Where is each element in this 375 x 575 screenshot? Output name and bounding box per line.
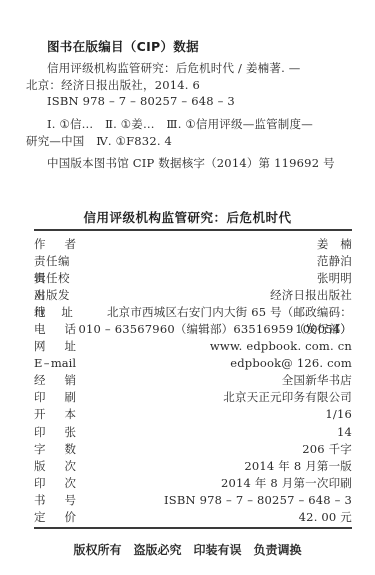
info-label-part: 价 xyxy=(65,509,77,526)
info-label-part: 址 xyxy=(65,338,77,355)
info-label-part: 印 xyxy=(34,424,46,441)
cip-line-4: Ⅰ. ①信… Ⅱ. ①姜… Ⅲ. ①信用评级—监管制度— xyxy=(47,116,313,132)
info-label-part: 经 xyxy=(34,372,46,389)
info-row: 字数206 千字 xyxy=(34,441,352,458)
info-row: 出版发行经济日报出版社 xyxy=(34,287,352,304)
info-value: ISBN 978 – 7 – 80257 – 648 – 3 xyxy=(164,492,352,509)
info-label-part: 数 xyxy=(65,441,77,458)
cip-line-1: 信用评级机构监管研究：后危机时代 / 姜楠著. — xyxy=(47,60,301,76)
info-row: 责任编辑范静泊 xyxy=(34,253,352,270)
info-label: 责任校对 xyxy=(34,270,76,287)
info-label: 出版发行 xyxy=(34,287,76,304)
footer-item: 版权所有 xyxy=(73,543,121,557)
info-row: 网址www. edpbook. com. cn xyxy=(34,338,352,355)
info-label-part: 电 xyxy=(34,321,46,338)
info-label-part: 号 xyxy=(65,492,77,509)
info-label: 经销 xyxy=(34,372,76,389)
info-row: 责任校对张明明 xyxy=(34,270,352,287)
info-value: 2014 年 8 月第一版 xyxy=(244,458,352,475)
info-value: 张明明 xyxy=(317,270,352,287)
copyright-info-table: 作者姜 楠责任编辑范静泊责任校对张明明出版发行经济日报出版社地址北京市西城区右安… xyxy=(34,236,352,526)
info-row: 电话010 – 63567960（编辑部）63516959（发行部） xyxy=(34,321,352,338)
info-label: 印张 xyxy=(34,424,76,441)
info-label-part: 本 xyxy=(65,406,77,423)
info-value: www. edpbook. com. cn xyxy=(210,338,352,355)
info-label-part: – xyxy=(44,355,50,372)
info-row: E–mailedpbook@ 126. com xyxy=(34,355,352,372)
info-label-part: 址 xyxy=(61,304,73,321)
cip-line-5: 研究—中国 Ⅳ. ①F832. 4 xyxy=(26,133,172,149)
info-label-part: 网 xyxy=(34,338,46,355)
info-label-part: 责任校对 xyxy=(34,270,76,287)
info-label-part: mail xyxy=(51,355,76,372)
info-value: 206 千字 xyxy=(302,441,352,458)
info-label: 网址 xyxy=(34,338,76,355)
info-label-part: 开 xyxy=(34,406,46,423)
info-value: edpbook@ 126. com xyxy=(230,355,352,372)
info-value: 北京市西城区右安门内大街 65 号（邮政编码：100054） xyxy=(73,304,352,321)
info-label: 印刷 xyxy=(34,389,76,406)
info-label-part: 张 xyxy=(65,424,77,441)
info-row: 印张14 xyxy=(34,424,352,441)
info-label: 定价 xyxy=(34,509,76,526)
cip-line-2: 北京：经济日报出版社，2014. 6 xyxy=(26,77,200,93)
info-label-part: 者 xyxy=(65,236,77,253)
info-label: 电话 xyxy=(34,321,76,338)
footer-item: 负责调换 xyxy=(254,543,302,557)
info-value: 北京天正元印务有限公司 xyxy=(223,389,352,406)
info-value: 42. 00 元 xyxy=(299,509,352,526)
footer-item: 盗版必究 xyxy=(133,543,181,557)
info-label-part: 责任编辑 xyxy=(34,253,76,270)
info-label-part: 印 xyxy=(34,389,46,406)
info-label-part: 印 xyxy=(34,475,46,492)
info-row: 经销全国新华书店 xyxy=(34,372,352,389)
top-rule xyxy=(34,229,352,231)
info-label-part: 版 xyxy=(34,458,46,475)
info-value: 1/16 xyxy=(325,406,352,423)
info-value: 范静泊 xyxy=(317,253,352,270)
info-row: 印次2014 年 8 月第一次印刷 xyxy=(34,475,352,492)
info-label-part: 话 xyxy=(65,321,77,338)
info-label-part: 销 xyxy=(65,372,77,389)
info-label-part: 定 xyxy=(34,509,46,526)
bottom-rule xyxy=(34,527,352,529)
info-label: 开本 xyxy=(34,406,76,423)
info-label-part: 地 xyxy=(34,304,46,321)
cip-line-6: 中国版本图书馆 CIP 数据核字（2014）第 119692 号 xyxy=(47,155,335,171)
info-label: 印次 xyxy=(34,475,76,492)
info-row: 定价42. 00 元 xyxy=(34,509,352,526)
info-value: 010 – 63567960（编辑部）63516959（发行部） xyxy=(79,321,352,338)
info-label: E–mail xyxy=(34,355,76,372)
info-label-part: 次 xyxy=(65,475,77,492)
info-row: 作者姜 楠 xyxy=(34,236,352,253)
info-label: 字数 xyxy=(34,441,76,458)
info-label: 责任编辑 xyxy=(34,253,76,270)
info-row: 版次2014 年 8 月第一版 xyxy=(34,458,352,475)
cip-line-3: ISBN 978 – 7 – 80257 – 648 – 3 xyxy=(47,94,235,108)
info-value: 姜 楠 xyxy=(317,236,352,253)
info-label-part: 出版发行 xyxy=(34,287,76,304)
info-label: 地址 xyxy=(34,304,73,321)
footer-item: 印装有误 xyxy=(194,543,242,557)
info-label-part: 作 xyxy=(34,236,46,253)
copyright-notice: 版权所有盗版必究印装有误负责调换 xyxy=(0,541,375,558)
info-label-part: 字 xyxy=(34,441,46,458)
info-label-part: 书 xyxy=(34,492,46,509)
info-value: 14 xyxy=(337,424,352,441)
info-label-part: E xyxy=(34,355,42,372)
info-row: 地址北京市西城区右安门内大街 65 号（邮政编码：100054） xyxy=(34,304,352,321)
info-row: 开本1/16 xyxy=(34,406,352,423)
info-label-part: 刷 xyxy=(65,389,77,406)
info-label: 版次 xyxy=(34,458,76,475)
book-title: 信用评级机构监管研究：后危机时代 xyxy=(0,208,375,226)
info-label: 作者 xyxy=(34,236,76,253)
info-row: 书号ISBN 978 – 7 – 80257 – 648 – 3 xyxy=(34,492,352,509)
info-label-part: 次 xyxy=(65,458,77,475)
info-value: 2014 年 8 月第一次印刷 xyxy=(221,475,352,492)
cip-heading: 图书在版编目（CIP）数据 xyxy=(47,37,199,55)
info-label: 书号 xyxy=(34,492,76,509)
info-row: 印刷北京天正元印务有限公司 xyxy=(34,389,352,406)
info-value: 经济日报出版社 xyxy=(270,287,352,304)
info-value: 全国新华书店 xyxy=(282,372,352,389)
